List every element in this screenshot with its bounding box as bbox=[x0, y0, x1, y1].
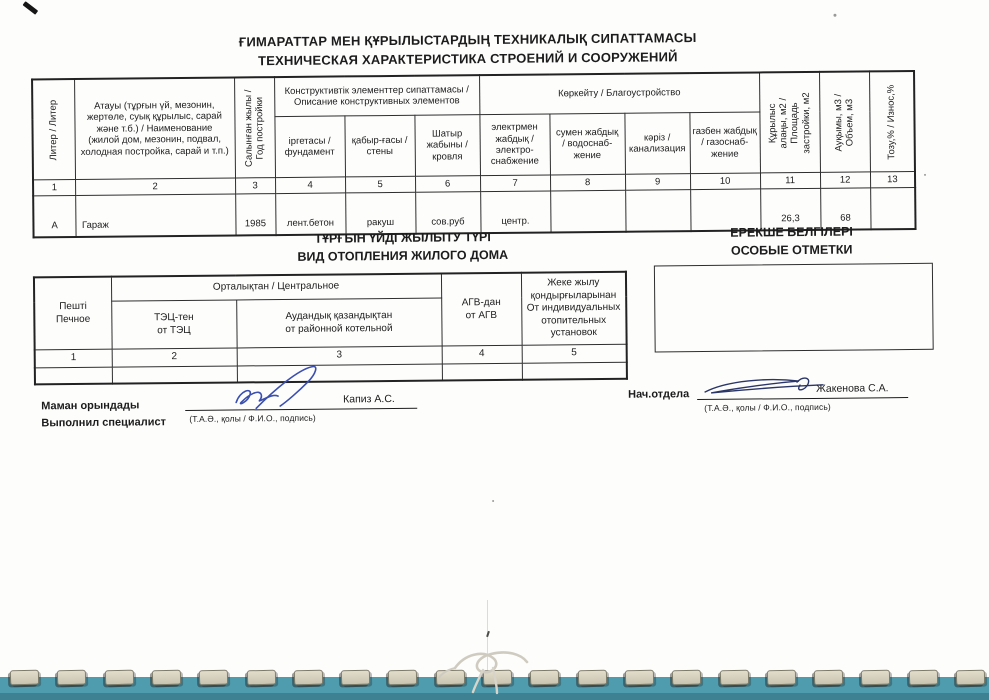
stitch bbox=[57, 670, 86, 686]
department-head-signature-caption: (Т.А.Ә., қолы / Ф.И.О., подпись) bbox=[704, 402, 831, 413]
stitch bbox=[577, 670, 606, 686]
scan-speck bbox=[492, 500, 494, 502]
col-header-roof: Шатыр жабыны / кровля bbox=[414, 115, 480, 177]
col-header-gas: газбен жабдық / газоснаб- жение bbox=[689, 112, 760, 174]
executor-signature-handwriting bbox=[226, 363, 346, 414]
group-header-construction: Конструктивтік элементтер сипаттамасы / … bbox=[274, 75, 479, 116]
stitch bbox=[767, 670, 796, 686]
col-header-foundation: іргетасы / фундамент bbox=[274, 116, 345, 178]
heating-header-agv: АГВ-дан от АГВ bbox=[441, 273, 522, 346]
stitch bbox=[388, 670, 417, 686]
stitch bbox=[199, 670, 228, 686]
group-header-amenities: Көркейту / Благоустройство bbox=[479, 72, 759, 114]
heating-group-central: Орталықтан / Центральное bbox=[111, 274, 441, 302]
stitch bbox=[246, 670, 275, 686]
stitch bbox=[104, 670, 133, 686]
stitch bbox=[956, 670, 985, 686]
technical-characteristics-table: Литер / Литер Атауы (тұрғын үй, мезонин,… bbox=[31, 70, 917, 238]
heating-header-tec: ТЭЦ-тен от ТЭЦ bbox=[111, 300, 236, 349]
scan-speck bbox=[833, 14, 836, 17]
heating-header-stove: Пешті Печное bbox=[34, 277, 112, 350]
scan-speck bbox=[924, 174, 926, 176]
paper-sheet: ҒИМАРАТТАР МЕН ҚҰРЫЛЫСТАРДЫҢ ТЕХНИКАЛЫҚ … bbox=[0, 0, 989, 700]
col-header-volume: Ауқымы, м3 / Объем, м3 bbox=[819, 71, 870, 172]
heating-header-district-boiler: Аудандық қазандықтан от районной котельн… bbox=[236, 298, 441, 348]
col-header-area: Құрылыс алаңы, м2 / Площадь застройки, м… bbox=[759, 72, 820, 173]
executor-role-label: Маман орындады Выполнил специалист bbox=[41, 397, 166, 431]
stitch bbox=[625, 670, 654, 686]
stitch bbox=[341, 670, 370, 686]
document-title: ҒИМАРАТТАР МЕН ҚҰРЫЛЫСТАРДЫҢ ТЕХНИКАЛЫҚ … bbox=[0, 27, 938, 74]
scan-corner-mark bbox=[22, 1, 38, 15]
special-marks-title: ЕРЕКШЕ БЕЛГІЛЕРІ ОСОБЫЕ ОТМЕТКИ bbox=[651, 222, 931, 261]
col-header-walls: қабыр-ғасы / стены bbox=[344, 115, 415, 177]
col-header-water: сумен жабдық / водоснаб- жение bbox=[549, 113, 625, 175]
stitch bbox=[908, 670, 937, 686]
col-header-sewerage: кәріз / канализация bbox=[624, 113, 690, 175]
binding-thread-knot bbox=[435, 640, 565, 695]
executor-signature-caption: (Т.А.Ә., қолы / Ф.И.О., подпись) bbox=[189, 413, 316, 424]
department-head-role-label: Нач.отдела bbox=[628, 386, 689, 403]
stitch bbox=[861, 670, 890, 686]
heating-section-title: ТҰРҒЫН ҮЙДІ ЖЫЛЫТУ ТҮРІ ВИД ОТОПЛЕНИЯ ЖИ… bbox=[128, 226, 678, 268]
special-marks-box bbox=[654, 263, 934, 353]
stitch bbox=[672, 670, 701, 686]
col-header-liter: Литер / Литер bbox=[32, 79, 75, 180]
department-head-name: Жакенова С.А. bbox=[816, 382, 889, 395]
col-header-electricity: электрмен жабдық / электро- снабжение bbox=[479, 114, 550, 176]
stitch bbox=[814, 670, 843, 686]
stitch bbox=[10, 670, 39, 686]
heating-header-individual: Жеке жылу қондырғыларынан От индивидуаль… bbox=[521, 272, 627, 346]
executor-name: Капиз А.С. bbox=[343, 393, 395, 405]
stitch bbox=[294, 670, 323, 686]
stitch bbox=[719, 670, 748, 686]
col-header-name: Атауы (тұрғын үй, мезонин, жертөле, суық… bbox=[74, 77, 235, 179]
cell-liter: А bbox=[33, 196, 75, 238]
col-header-year: Салынған жылы / Год постройки bbox=[234, 77, 275, 178]
scanned-document-page: ҒИМАРАТТАР МЕН ҚҰРЫЛЫСТАРДЫҢ ТЕХНИКАЛЫҚ … bbox=[0, 0, 989, 700]
col-header-wear: Тозу,% / Износ,% bbox=[869, 71, 915, 172]
stitch bbox=[152, 670, 181, 686]
